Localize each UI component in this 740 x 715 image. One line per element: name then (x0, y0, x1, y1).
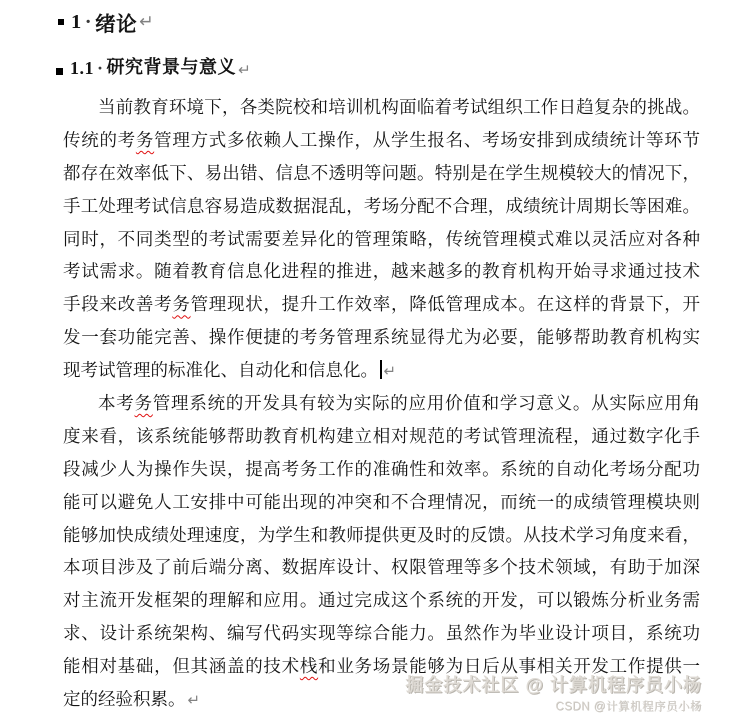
paragraph-line: 手段来改善考务管理现状，提升工作效率，降低管理成本。在这样的背景下，开 (63, 288, 700, 321)
watermark-csdn-line: CSDN @计算机程序员小杨 (405, 698, 702, 714)
text-run: 能相对基础，但其涵盖的技术 (63, 656, 300, 676)
space-dot-mark: · (97, 58, 104, 79)
watermark: 掘金技术社区 @ 计算机程序员小杨 CSDN @计算机程序员小杨 (405, 671, 702, 714)
text-run: 对主流开发框架的理解和应用。通过完成这个系统的开发，可以锻炼分析业务需 (63, 590, 700, 610)
paragraph-line: 都存在效率低下、易出错、信息不透明等问题。特别是在学生规模较大的情况下， (63, 157, 700, 190)
text-run: 考试需求。随着教育信息化进程的推进，越来越多的教育机构开始寻求通过技术 (63, 261, 700, 281)
misspelled-text-squiggle: 务 (136, 130, 154, 150)
text-run: 求、设计系统架构、编写代码实现等综合能力。虽然作为毕业设计项目，系统功 (63, 623, 700, 643)
heading-section-1-1: 1.1 · 研究背景与意义 ↵ (56, 53, 251, 79)
heading-chapter-1: 1 · 绪论 ↵ (58, 7, 154, 37)
heading-title: 研究背景与意义 (107, 53, 237, 79)
paragraph-return-mark-icon: ↵ (238, 61, 251, 79)
text-run: 发一套功能完善、操作便捷的考务管理系统显得尤为必要，能够帮助教育机构实 (63, 327, 700, 347)
space-dot-mark: · (85, 11, 92, 34)
text-run: 同时，不同类型的考试需要差异化的管理策略，传统管理模式难以灵活应对各种 (63, 229, 700, 249)
paragraph-line: 度来看，该系统能够帮助教育机构建立相对规范的考试管理流程，通过数字化手 (63, 420, 700, 453)
misspelled-text-squiggle: 务 (135, 393, 153, 413)
paragraph-line: 现考试管理的标准化、自动化和信息化。↵ (63, 354, 700, 387)
text-run: 管理方式多依赖人工操作，从学生报名、考场安排到成绩统计等环节 (154, 130, 700, 150)
text-run: 段减少人为操作失误，提高考务工作的准确性和效率。系统的自动化考场分配功 (63, 459, 700, 479)
text-run: 传统的考 (63, 130, 136, 150)
paragraph-line: 求、设计系统架构、编写代码实现等综合能力。虽然作为毕业设计项目，系统功 (63, 617, 700, 650)
text-run: 度来看，该系统能够帮助教育机构建立相对规范的考试管理流程，通过数字化手 (63, 426, 700, 446)
document-body-text-area[interactable]: 当前教育环境下，各类院校和培训机构面临着考试组织工作日趋复杂的挑战。传统的考务管… (63, 91, 700, 715)
heading-outline-square-icon (56, 68, 63, 75)
paragraph-line: 手工处理考试信息容易造成数据混乱，考场分配不合理，成绩统计周期长等困难。 (63, 190, 700, 223)
text-run: 本考 (98, 393, 135, 413)
text-run: 能够加快成绩处理速度，为学生和教师提供更及时的反馈。从技术学习角度来看， (63, 525, 700, 545)
paragraph-line: 同时，不同类型的考试需要差异化的管理策略，传统管理模式难以灵活应对各种 (63, 223, 700, 256)
paragraph-line: 传统的考务管理方式多依赖人工操作，从学生报名、考场安排到成绩统计等环节 (63, 124, 700, 157)
text-run: 手段来改善考 (63, 294, 172, 314)
heading-number: 1 (71, 11, 82, 34)
text-run: 本项目涉及了前后端分离、数据库设计、权限管理等多个技术领域，有助于加深 (63, 557, 700, 577)
text-run: 手工处理考试信息容易造成数据混乱，考场分配不合理，成绩统计周期长等困难。 (63, 196, 700, 216)
misspelled-text-squiggle: 栈 (300, 656, 318, 676)
paragraph-return-mark-icon: ↵ (188, 691, 201, 709)
paragraph-line: 对主流开发框架的理解和应用。通过完成这个系统的开发，可以锻炼分析业务需 (63, 584, 700, 617)
text-run: 现考试管理的标准化、自动化和信息化。 (63, 360, 378, 380)
paragraph-line: 能够加快成绩处理速度，为学生和教师提供更及时的反馈。从技术学习角度来看， (63, 519, 700, 552)
paragraph-line: 能可以避免人工安排中可能出现的冲突和不合理情况，而统一的成绩管理模块则 (63, 486, 700, 519)
paragraph-line: 段减少人为操作失误，提高考务工作的准确性和效率。系统的自动化考场分配功 (63, 453, 700, 486)
paragraph-line: 当前教育环境下，各类院校和培训机构面临着考试组织工作日趋复杂的挑战。 (63, 91, 700, 124)
text-run: 定的经验积累。 (63, 689, 186, 709)
text-run: 管理现状，提升工作效率，降低管理成本。在这样的背景下，开 (191, 294, 700, 314)
heading-title: 绪论 (95, 7, 137, 37)
text-run: 都存在效率低下、易出错、信息不透明等问题。特别是在学生规模较大的情况下， (63, 163, 700, 183)
text-cursor (380, 360, 382, 379)
heading-number: 1.1 (70, 58, 94, 79)
paragraph-line: 发一套功能完善、操作便捷的考务管理系统显得尤为必要，能够帮助教育机构实 (63, 321, 700, 354)
misspelled-text-squiggle: 务 (172, 294, 190, 314)
paragraph-line: 考试需求。随着教育信息化进程的推进，越来越多的教育机构开始寻求通过技术 (63, 255, 700, 288)
watermark-juejin-line: 掘金技术社区 @ 计算机程序员小杨 (405, 671, 702, 697)
paragraph-return-mark-icon: ↵ (384, 362, 397, 380)
text-run: 管理系统的开发具有较为实际的应用价值和学习意义。从实际应用角 (153, 393, 700, 413)
text-run: 当前教育环境下，各类院校和培训机构面临着考试组织工作日趋复杂的挑战。 (98, 97, 700, 117)
heading-outline-square-icon (58, 19, 64, 25)
paragraph-return-mark-icon: ↵ (139, 12, 154, 32)
word-document-page: 1 · 绪论 ↵ 1.1 · 研究背景与意义 ↵ 当前教育环境下，各类院校和培训… (0, 0, 740, 715)
paragraph-line: 本考务管理系统的开发具有较为实际的应用价值和学习意义。从实际应用角 (63, 387, 700, 420)
paragraph-line: 本项目涉及了前后端分离、数据库设计、权限管理等多个技术领域，有助于加深 (63, 551, 700, 584)
text-run: 能可以避免人工安排中可能出现的冲突和不合理情况，而统一的成绩管理模块则 (63, 492, 700, 512)
